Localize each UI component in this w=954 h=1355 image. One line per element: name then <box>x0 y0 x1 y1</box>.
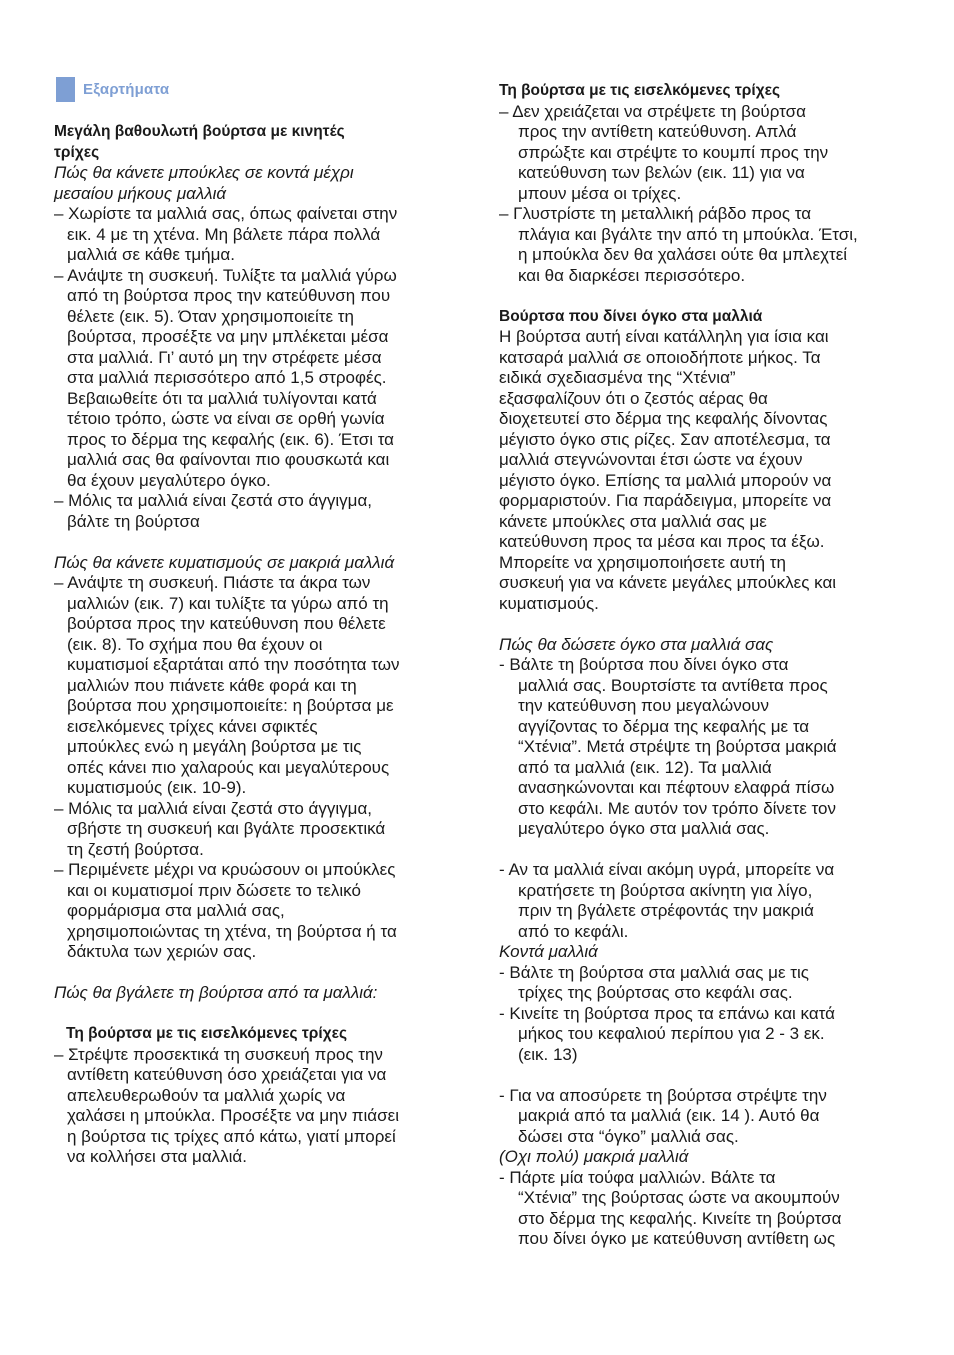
text-line: στο κεφάλι. Με αυτόν τον τρόπο δίνετε το… <box>518 799 836 820</box>
text-line: τρίχες <box>54 143 99 164</box>
text-line: μπουν μέσα οι τρίχες. <box>518 184 681 205</box>
text-line: βούρτσα προς την κατεύθυνση που θέλετε <box>67 614 386 635</box>
text-line: Μεγάλη βαθουλωτή βούρτσα με κινητές <box>54 122 345 143</box>
text-line: - Κινείτε τη βούρτσα προς τα επάνω και κ… <box>499 1004 835 1025</box>
text-line: εισελκόμενες τρίχες κάνει σφικτές <box>67 717 318 738</box>
text-line: απελευθερωθούν τα μαλλιά χωρίς να <box>67 1086 345 1107</box>
section-header: Εξαρτήματα <box>56 76 169 102</box>
text-line: Η βούρτσα αυτή είναι κατάλληλη για ίσια … <box>499 327 829 348</box>
text-line: διοχετευτεί στο δέρμα της κεφαλής δίνοντ… <box>499 409 827 430</box>
text-line: - Για να αποσύρετε τη βούρτσα στρέψτε τη… <box>499 1086 827 1107</box>
text-line: Πώς θα κάνετε κυματισμούς σε μακριά μαλλ… <box>54 553 394 574</box>
text-line: τέτοιο τρόπο, ώστε να είναι σε ορθή γωνί… <box>67 409 385 430</box>
text-line: σπρώξτε και στρέψτε το κουμπί προς την <box>518 143 828 164</box>
text-line: – Στρέψτε προσεκτικά τη συσκευή προς την <box>54 1045 383 1066</box>
text-line: δάκτυλα των χεριών σας. <box>67 942 256 963</box>
text-line: πριν τη βγάλετε στρέφοντάς την μακριά <box>518 901 814 922</box>
text-line: – Ανάψτε τη συσκευή. Τυλίξτε τα μαλλιά γ… <box>54 266 397 287</box>
text-line: (εικ. 13) <box>518 1045 578 1066</box>
text-line: - Αν τα μαλλιά είναι ακόμη υγρά, μπορείτ… <box>499 860 834 881</box>
text-line: κατεύθυνση των βελών (εικ. 11) για να <box>518 163 805 184</box>
text-line: μεγαλύτερο όγκο στα μαλλιά σας. <box>518 819 769 840</box>
text-line: – Γλυστρίστε τη μεταλλική ράβδο προς τα <box>499 204 811 225</box>
text-line: η βούρτσα τις τρίχες από κάτω, γιατί μπο… <box>67 1127 396 1148</box>
text-line: Κοντά μαλλιά <box>499 942 598 963</box>
text-line: από τη βούρτσα προς την κατεύθυνση που <box>67 286 390 307</box>
text-line: μέγιστο όγκο. Επίσης τα μαλλιά μπορούν ν… <box>499 471 831 492</box>
text-line: Πώς θα δώσετε όγκο στα μαλλιά σας <box>499 635 773 656</box>
text-line: φορμάρισμα στα μαλλιά σας, <box>67 901 285 922</box>
text-line: τη ζεστή βούρτσα. <box>67 840 204 861</box>
text-line: στο δέρμα της κεφαλής. Κινείτε τη βούρτσ… <box>518 1209 841 1230</box>
text-line: (Οχι πολύ) μακριά μαλλιά <box>499 1147 688 1168</box>
text-line: Πώς θα βγάλετε τη βούρτσα από τα μαλλιά: <box>54 983 377 1004</box>
section-title: Εξαρτήματα <box>83 81 169 98</box>
text-line: ανασηκώνονται και πέφτουν ελαφρά πίσω <box>518 778 834 799</box>
text-line: μήκος του κεφαλιού περίπου για 2 - 3 εκ. <box>518 1024 825 1045</box>
text-line: - Βάλτε τη βούρτσα στα μαλλιά σας με τις <box>499 963 809 984</box>
text-line: δώσει στα “όγκο” μαλλιά σας. <box>518 1127 739 1148</box>
manual-page: Εξαρτήματα Μεγάλη βαθουλωτή βούρτσα με κ… <box>0 0 954 1355</box>
text-line: θέλετε (εικ. 5). Όταν χρησιμοποιείτε τη <box>67 307 354 328</box>
text-line: μαλλιά σας. Βουρτσίστε τα αντίθετα προς <box>518 676 828 697</box>
text-line: – Δεν χρειάζεται να στρέψετε τη βούρτσα <box>499 102 806 123</box>
text-line: συσκευή για να κάνετε μεγάλες μπούκλες κ… <box>499 573 836 594</box>
text-line: σβήστε τη συσκευή και βγάλτε προσεκτικά <box>67 819 385 840</box>
text-line: κυματισμούς. <box>499 594 599 615</box>
text-line: κρατήσετε τη βούρτσα ακίνητη για λίγο, <box>518 881 812 902</box>
text-line: κατεύθυνση προς τα μέσα και προς τα έξω. <box>499 532 824 553</box>
text-line: που δίνει όγκο με κατεύθυνση αντίθετη ως <box>518 1229 835 1250</box>
text-line: – Μόλις τα μαλλιά είναι ζεστά στο άγγιγμ… <box>54 491 372 512</box>
text-line: και θα διαρκέσει περισσότερο. <box>518 266 745 287</box>
text-line: χαλάσει η μπούκλα. Προσέξτε να μην πιάσε… <box>67 1106 399 1127</box>
section-marker-square <box>56 77 75 102</box>
text-line: τρίχες της βούρτσας στο κεφάλι σας. <box>518 983 793 1004</box>
text-line: από το κεφάλι. <box>518 922 628 943</box>
text-line: κυματισμοί εξαρτάται από την ποσότητα τω… <box>67 655 399 676</box>
text-line: αντίθετη κατεύθυνση όσο χρειάζεται για ν… <box>67 1065 386 1086</box>
text-line: πλάγια και βγάλτε την από τη μπούκλα. Έτ… <box>518 225 858 246</box>
text-line: “Χτένια”. Μετά στρέψτε τη βούρτσα μακριά <box>518 737 837 758</box>
text-line: κατσαρά μαλλιά σε οποιοδήποτε μήκος. Τα <box>499 348 821 369</box>
text-line: μαλλιά στεγνώνονται έτσι ώστε να έχουν <box>499 450 802 471</box>
text-line: φορμαριστούν. Για παράδειγμα, μπορείτε ν… <box>499 491 831 512</box>
text-line: μαλλιών που πιάνετε κάθε φορά και τη <box>67 676 357 697</box>
text-line: Τη βούρτσα με τις εισελκόμενες τρίχες <box>499 81 780 102</box>
text-line: – Μόλις τα μαλλιά είναι ζεστά στο άγγιγμ… <box>54 799 372 820</box>
text-line: Βούρτσα που δίνει όγκο στα μαλλιά <box>499 307 762 328</box>
text-line: και οι κυματισμοί πριν δώσετε το τελικό <box>67 881 361 902</box>
text-line: από τα μαλλιά (εικ. 12). Τα μαλλιά <box>518 758 772 779</box>
text-line: μαλλιά σε κάθε τμήμα. <box>67 245 235 266</box>
text-line: (εικ. 8). Το σχήμα που θα έχουν οι <box>67 635 322 656</box>
text-line: αγγίζοντας το δέρμα της κεφαλής με τα <box>518 717 809 738</box>
text-line: να κολλήσει στα μαλλιά. <box>67 1147 247 1168</box>
text-line: κάνετε μπούκλες στα μαλλιά σας με <box>499 512 767 533</box>
text-line: μαλλιά σας θα φαίνονται πιο φουσκωτά και <box>67 450 389 471</box>
text-line: - Πάρτε μία τούφα μαλλιών. Βάλτε τα <box>499 1168 775 1189</box>
text-line: εξασφαλίζουν ότι ο ζεστός αέρας θα <box>499 389 768 410</box>
text-line: την κατεύθυνση που μεγαλώνουν <box>518 696 769 717</box>
text-line: κυματισμούς (εικ. 10-9). <box>67 778 246 799</box>
text-line: “Χτένια” της βούρτσας ώστε να ακουμπούν <box>518 1188 840 1209</box>
text-line: θα έχουν μεγαλύτερο όγκο. <box>67 471 271 492</box>
text-line: προς το δέρμα της κεφαλής (εικ. 6). Έτσι… <box>67 430 394 451</box>
text-line: – Χωρίστε τα μαλλιά σας, όπως φαίνεται σ… <box>54 204 397 225</box>
text-line: μέγιστο όγκο στις ρίζες. Σαν αποτέλεσμα,… <box>499 430 831 451</box>
text-line: – Ανάψτε τη συσκευή. Πιάστε τα άκρα των <box>54 573 370 594</box>
text-line: μαλλιών (εικ. 7) και τυλίξτε τα γύρω από… <box>67 594 389 615</box>
text-line: – Περιμένετε μέχρι να κρυώσουν οι μπούκλ… <box>54 860 395 881</box>
text-line: εικ. 4 με τη χτένα. Μη βάλετε πάρα πολλά <box>67 225 380 246</box>
text-line: ειδικά σχεδιασμένα της “Χτένια” <box>499 368 736 389</box>
text-line: η μπούκλα δεν θα χαλάσει ούτε θα μπλεχτε… <box>518 245 847 266</box>
text-line: στα μαλλιά περισσότερο από 1,5 στροφές. <box>67 368 387 389</box>
text-line: οπές κάνει πιο χαλαρούς και μεγαλύτερους <box>67 758 389 779</box>
text-line: μακριά από τα μαλλιά (εικ. 14 ). Αυτό θα <box>518 1106 819 1127</box>
text-line: βάλτε τη βούρτσα <box>67 512 200 533</box>
text-line: Τη βούρτσα με τις εισελκόμενες τρίχες <box>66 1024 347 1045</box>
text-line: στα μαλλιά. Γι’ αυτό μη την στρέφετε μέσ… <box>67 348 382 369</box>
text-line: προς την αντίθετη κατεύθυνση. Απλά <box>518 122 796 143</box>
text-line: Μπορείτε να χρησιμοποιήσετε αυτή τη <box>499 553 786 574</box>
text-line: - Βάλτε τη βούρτσα που δίνει όγκο στα <box>499 655 788 676</box>
text-line: μπούκλες ενώ η μεγάλη βούρτσα με τις <box>67 737 361 758</box>
text-line: βούρτσα, προσέξτε να μην μπλέκεται μέσα <box>67 327 388 348</box>
text-line: Πώς θα κάνετε μπούκλες σε κοντά μέχρι <box>54 163 354 184</box>
text-line: μεσαίου μήκους μαλλιά <box>54 184 226 205</box>
text-line: βούρτσα που χρησιμοποιείτε: η βούρτσα με <box>67 696 394 717</box>
text-line: Βεβαιωθείτε ότι τα μαλλιά τυλίγονται κατ… <box>67 389 377 410</box>
text-line: χρησιμοποιώντας τη χτένα, τη βούρτσα ή τ… <box>67 922 397 943</box>
